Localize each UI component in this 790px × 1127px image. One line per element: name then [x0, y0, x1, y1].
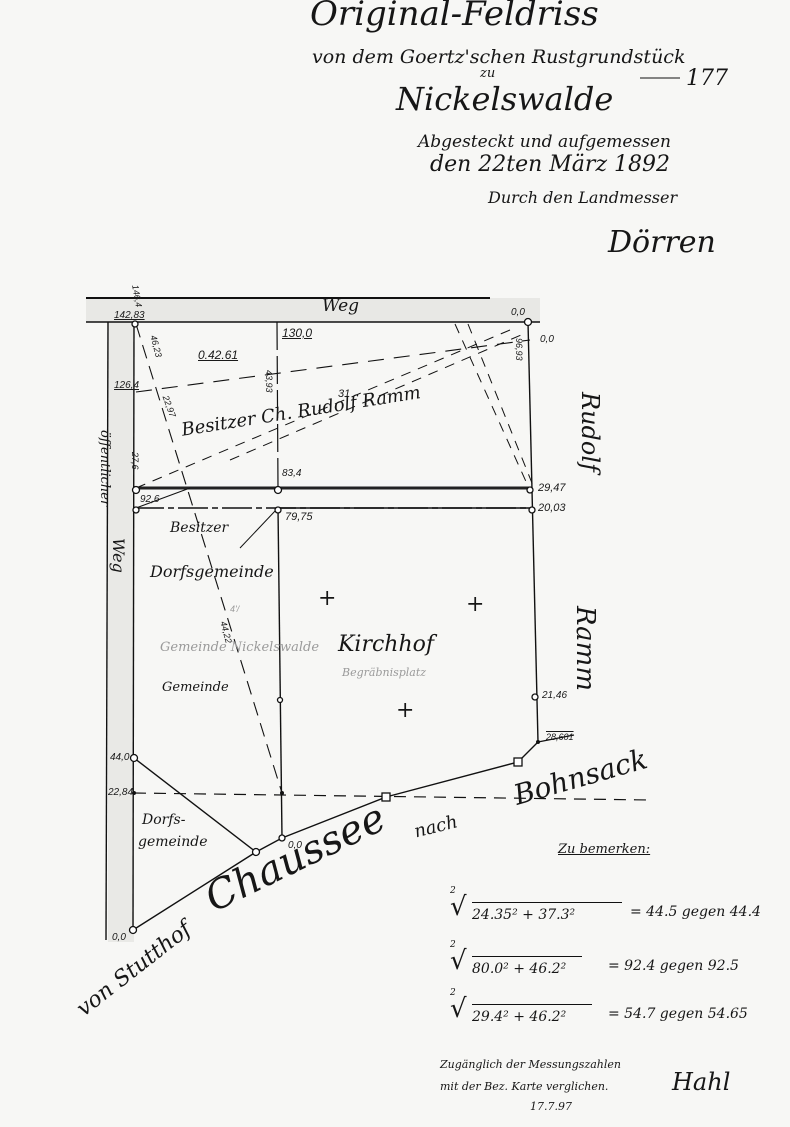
document-subtitle: von dem Goertz'schen Rustgrundstück [312, 46, 685, 68]
left-parcel-gemeinde: Gemeinde [162, 680, 229, 695]
cross-icon: + [318, 586, 336, 611]
document-title: Original-Feldriss [310, 0, 599, 34]
survey-date: den 22ten März 1892 [430, 152, 670, 177]
surveyed-line: Abgesteckt und aufgemessen [418, 132, 671, 152]
measure-right-28: 28,601 [546, 732, 574, 742]
left-road-label-lower: Weg [109, 538, 128, 573]
header-preposition: zu [480, 66, 495, 81]
left-parcel-owner-1: Besitzer [170, 520, 228, 536]
surveyor-by-line: Durch den Landmesser [488, 188, 677, 207]
measure-right-20: 20,03 [538, 502, 566, 514]
calc-result: = 92.4 gegen 92.5 [608, 958, 739, 974]
triangle-owner-2: gemeinde [138, 834, 208, 850]
measure-right-29: 29,47 [538, 482, 566, 494]
footer-note-line2: mit der Bez. Karte verglichen. [440, 1080, 608, 1093]
top-road-label: Weg [322, 296, 359, 316]
measure-left-22: 22,84 [108, 787, 133, 798]
sqrt-icon: √ [450, 994, 467, 1024]
left-parcel-faint-note: Gemeinde Nickelswalde [160, 640, 319, 655]
cross-icon: + [396, 698, 414, 723]
measure-bottom-0a: 0,0 [112, 932, 126, 943]
measure-mid-vertical: 43,93 [264, 370, 274, 393]
footer-signature: Hahl [672, 1068, 730, 1096]
measure-node-79: 79,75 [285, 511, 313, 523]
calc-result: = 54.7 gegen 54.65 [608, 1006, 748, 1022]
left-road-fill [108, 322, 134, 942]
measure-diag-label: 4'/ [230, 604, 239, 614]
calc-expression: 80.0² + 46.2² [472, 956, 582, 977]
measure-left-126: 126,4 [114, 380, 139, 391]
calc-expression: 29.4² + 46.2² [472, 1004, 592, 1025]
triangle-owner-1: Dorfs- [142, 812, 185, 828]
measure-top-right-a: 0,0 [511, 307, 525, 318]
measure-bottom-0b: 0,0 [288, 840, 302, 851]
top-road-fill [86, 298, 540, 322]
sqrt-icon: √ [450, 892, 467, 922]
measure-right-21: 21,46 [542, 690, 567, 701]
right-neighbor-firstname: Rudolf [576, 392, 604, 472]
measure-top-mid: 130,0 [282, 326, 312, 340]
measure-top-right-b: 0,0 [540, 334, 554, 345]
calc-result: = 44.5 gegen 44.4 [630, 904, 761, 920]
calc-heading: Zu bemerken: [558, 842, 650, 857]
measure-top-left: 142,83 [114, 310, 145, 321]
place-name: Nickelswalde [396, 80, 613, 118]
cemetery-label: Kirchhof [338, 632, 434, 657]
footer-note-date: 17.7.97 [530, 1100, 572, 1113]
measure-angle-31: 31 [338, 388, 350, 400]
cross-icon: + [466, 592, 484, 617]
footer-note-line1: Zugänglich der Messungszahlen [440, 1058, 621, 1071]
measure-left-44: 44,0 [110, 752, 129, 763]
calc-expression: 24.35² + 37.3² [472, 902, 622, 923]
surveyor-signature: Dörren [608, 225, 716, 260]
parcel-number: 177 [686, 66, 728, 91]
parcel-area: 0.42.61 [198, 348, 238, 362]
measure-node-83: 83,4 [282, 468, 301, 479]
measure-left-27: 27,6 [130, 452, 140, 470]
right-neighbor-surname: Ramm [570, 606, 600, 691]
measure-left-92: 92,6 [140, 494, 159, 505]
left-parcel-owner-2: Dorfsgemeinde [150, 562, 274, 581]
cemetery-sublabel: Begräbnisplatz [342, 666, 426, 679]
measure-right-vertical: 96,93 [514, 338, 524, 361]
sqrt-icon: √ [450, 946, 467, 976]
left-road-label-upper: öffentlicher [97, 430, 112, 506]
